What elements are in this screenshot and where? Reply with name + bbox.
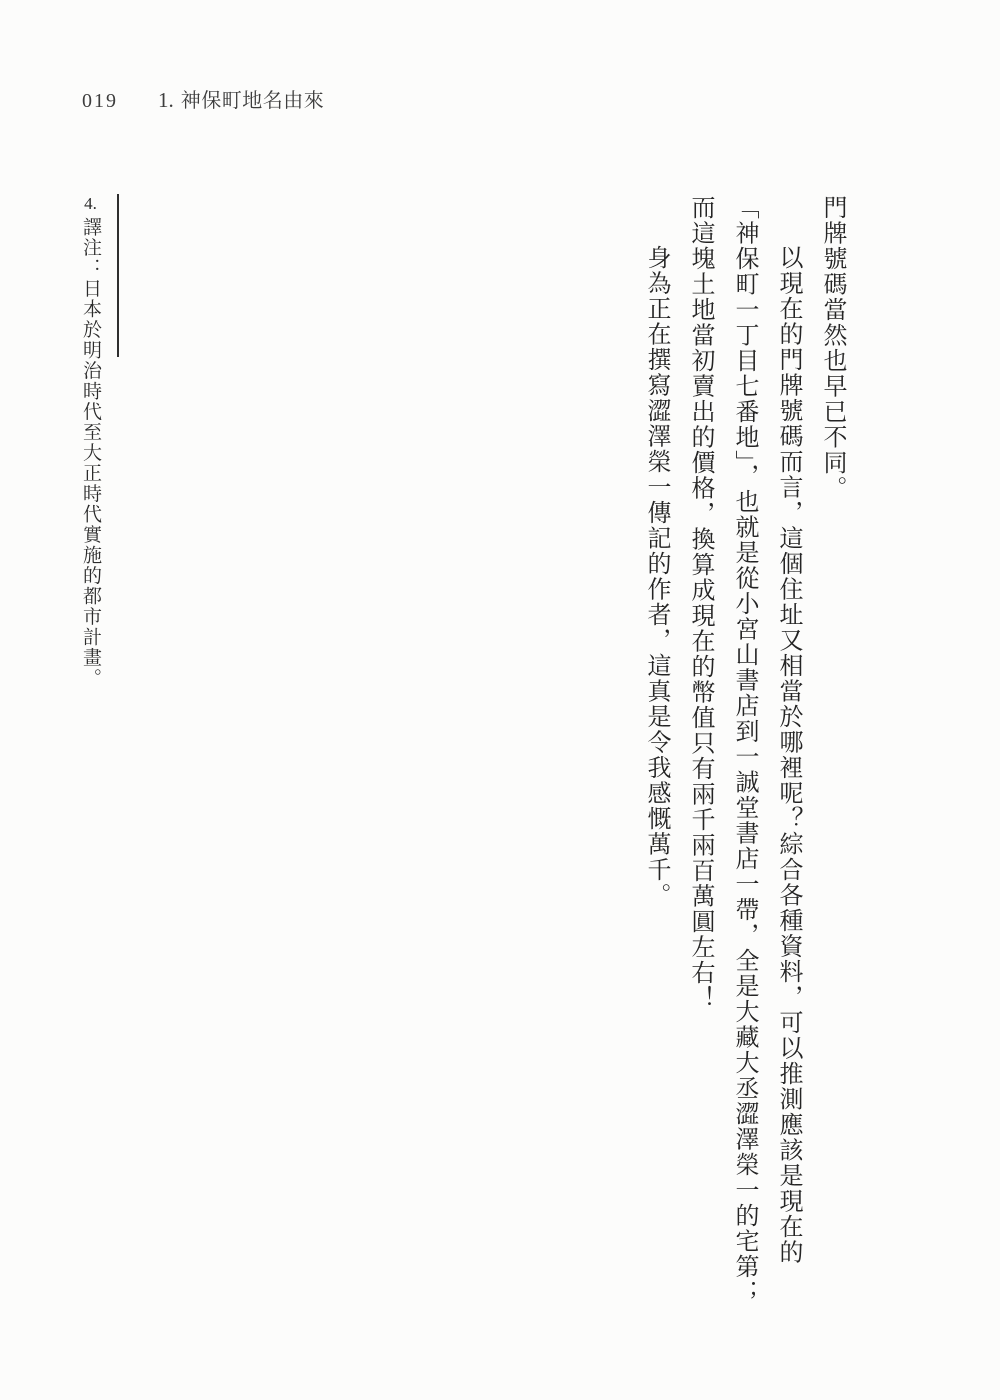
footnote-text: 4.譯注：日本於明治時代至大正時代實施的都市計畫。 bbox=[77, 195, 103, 689]
page-number: 019 bbox=[82, 90, 118, 113]
footnote-body: 譯注：日本於明治時代至大正時代實施的都市計畫。 bbox=[80, 217, 101, 689]
chapter-heading: 1. 神保町地名由來 bbox=[158, 84, 324, 113]
footnote-number: 4. bbox=[81, 195, 100, 212]
text-column-3: 「神保町一丁目七番地」，也就是從小宮山書店到一誠堂書店一帶，全是大藏大丞澀澤榮一… bbox=[722, 195, 766, 1295]
main-text-block: 門牌號碼當然也早已不同。 以現在的門牌號碼而言，這個住址又相當於哪裡呢？綜合各種… bbox=[634, 195, 854, 1295]
book-page: 019 1. 神保町地名由來 門牌號碼當然也早已不同。 以現在的門牌號碼而言，這… bbox=[0, 0, 1000, 1400]
page-header: 019 1. 神保町地名由來 bbox=[82, 84, 324, 113]
text-column-1: 門牌號碼當然也早已不同。 bbox=[810, 195, 854, 1295]
chapter-number: 1. bbox=[158, 88, 174, 113]
text-column-2: 以現在的門牌號碼而言，這個住址又相當於哪裡呢？綜合各種資料，可以推測應該是現在的 bbox=[766, 195, 810, 1295]
text-column-4: 而這塊土地當初賣出的價格，換算成現在的幣值只有兩千兩百萬圓左右！ bbox=[678, 195, 722, 1295]
text-column-5: 身為正在撰寫澀澤榮一傳記的作者，這真是令我感慨萬千。 bbox=[634, 195, 678, 1295]
footnote-rule bbox=[117, 194, 119, 357]
chapter-title: 神保町地名由來 bbox=[181, 84, 325, 113]
